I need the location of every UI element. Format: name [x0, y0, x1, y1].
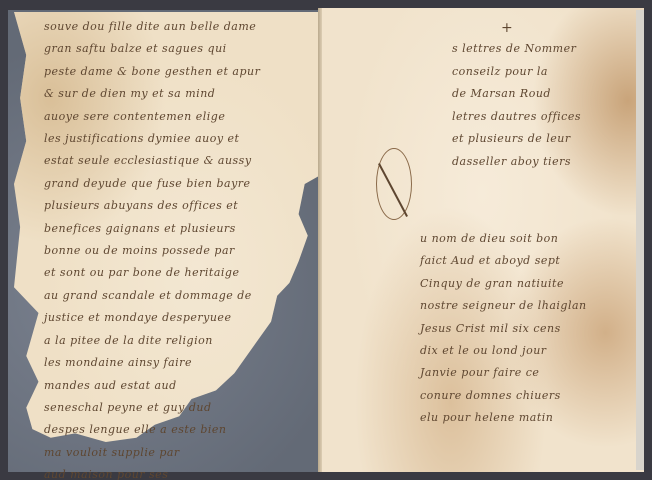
text-line: & sur de dien my et sa mind: [44, 83, 260, 105]
text-line: seneschal peyne et guy dud: [44, 397, 260, 419]
text-line: et plusieurs de leur: [452, 128, 581, 151]
text-line: plusieurs abuyans des offices et: [44, 195, 260, 217]
text-line: Cinquy de gran natiuite: [420, 273, 587, 295]
text-line: les mondaine ainsy faire: [44, 352, 260, 374]
initial-flourish: [376, 148, 412, 220]
text-line: de Marsan Roud: [452, 83, 581, 106]
page-edge-shadow: [636, 10, 644, 470]
text-line: a la pitee de la dite religion: [44, 330, 260, 352]
text-line: benefices gaignans et plusieurs: [44, 218, 260, 240]
text-line: s lettres de Nommer: [452, 38, 581, 61]
right-page-heading: s lettres de Nommer conseilz pour la de …: [452, 38, 581, 173]
text-line: Janvie pour faire ce: [420, 362, 587, 384]
text-line: letres dautres offices: [452, 106, 581, 129]
right-page-body: u nom de dieu soit bon faict Aud et aboy…: [420, 228, 587, 430]
text-line: conseilz pour la: [452, 61, 581, 84]
text-line: ma vouloit supplie par: [44, 442, 260, 464]
text-line: et sont ou par bone de heritaige: [44, 262, 260, 284]
cross-mark: +: [501, 20, 513, 36]
text-line: despes lengue elle a este bien: [44, 419, 260, 441]
text-line: au grand scandale et dommage de: [44, 285, 260, 307]
text-line: faict Aud et aboyd sept: [420, 250, 587, 272]
text-line: aud maison pour ses: [44, 464, 260, 480]
text-line: dasseller aboy tiers: [452, 151, 581, 174]
text-line: Jesus Crist mil six cens: [420, 318, 587, 340]
left-page-text: souve dou fille dite aun belle dame gran…: [44, 16, 260, 480]
text-line: elu pour helene matin: [420, 407, 587, 429]
text-line: bonne ou de moins possede par: [44, 240, 260, 262]
text-line: auoye sere contentemen elige: [44, 106, 260, 128]
text-line: justice et mondaye desperyuee: [44, 307, 260, 329]
text-line: souve dou fille dite aun belle dame: [44, 16, 260, 38]
text-line: dix et le ou lond jour: [420, 340, 587, 362]
text-line: conure domnes chiuers: [420, 385, 587, 407]
text-line: mandes aud estat aud: [44, 375, 260, 397]
text-line: gran saftu balze et sagues qui: [44, 38, 260, 60]
text-line: u nom de dieu soit bon: [420, 228, 587, 250]
text-line: grand deyude que fuse bien bayre: [44, 173, 260, 195]
text-line: les justifications dymiee auoy et: [44, 128, 260, 150]
text-line: estat seule ecclesiastique & aussy: [44, 150, 260, 172]
text-line: peste dame & bone gesthen et apur: [44, 61, 260, 83]
text-line: nostre seigneur de lhaiglan: [420, 295, 587, 317]
